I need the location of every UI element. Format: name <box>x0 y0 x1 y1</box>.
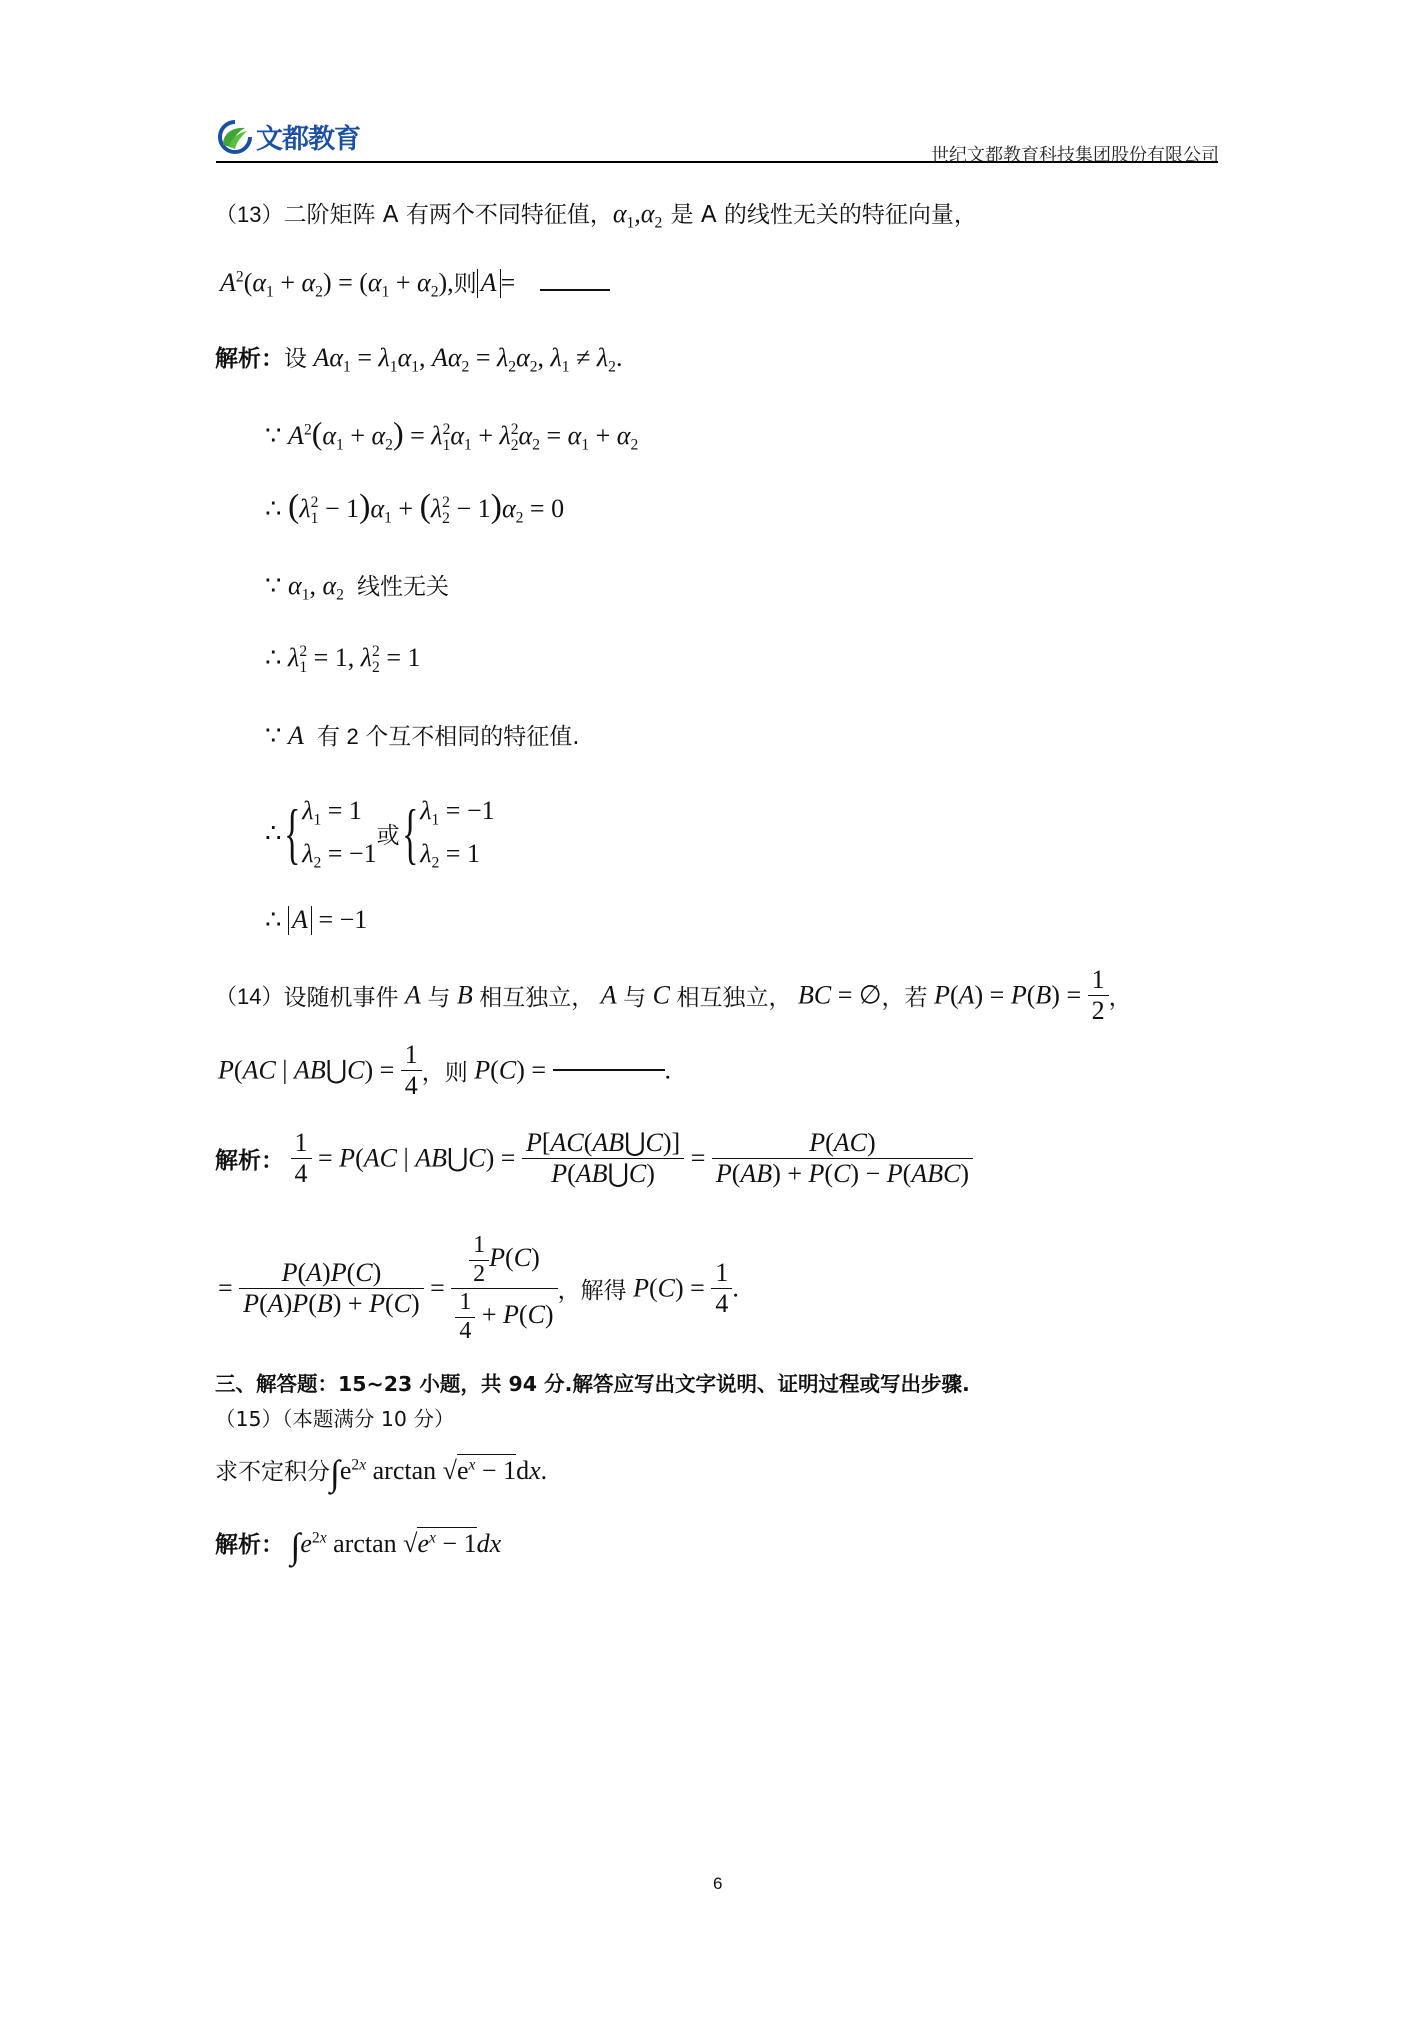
q13-solution-line8: ∴ A = −1 <box>265 905 367 935</box>
page-number: 6 <box>713 1874 722 1894</box>
solution-label: 解析： <box>215 1532 284 1558</box>
q13-solution-line6: ∵ A 有 2 个互不相同的特征值. <box>265 718 580 751</box>
section-3-heading: 三、解答题：15~23 小题，共 94 分.解答应写出文字说明、证明过程或写出步… <box>215 1367 970 1397</box>
header-logo: 文都教育 <box>217 117 360 156</box>
q15-stem: 求不定积分∫e2x arctan √ex − 1dx. <box>215 1452 547 1494</box>
q14-condition: P(AC | AB⋃C) = 14，则 P(C) = . <box>218 1040 671 1101</box>
q13-stem: （13）二阶矩阵 A 有两个不同特征值，α1,α2 是 A 的线性无关的特征向量… <box>215 196 977 232</box>
q13-condition: A2(α1 + α2) = (α1 + α2),则A= <box>220 265 610 301</box>
q13-answer-blank <box>540 289 610 291</box>
q13-solution-line3: ∴ (λ21 − 1)α1 + (λ22 − 1)α2 = 0 <box>265 488 564 527</box>
q13-solution-line4: ∵ α1, α2 线性无关 <box>265 568 449 604</box>
header-rule <box>216 161 1218 163</box>
q13-solution-line5: ∴ λ21 = 1, λ22 = 1 <box>265 643 421 676</box>
q14-answer-blank <box>553 1069 665 1071</box>
q13-solution-line1: 解析：设 Aα1 = λ1α1, Aα2 = λ2α2, λ1 ≠ λ2. <box>215 340 622 376</box>
company-name: 世纪文都教育科技集团股份有限公司 <box>931 141 1219 167</box>
q13-solution-line2: ∵ A2(α1 + α2) = λ21α1 + λ22α2 = α1 + α2 <box>265 415 638 454</box>
q14-solution-line2: = P(A)P(C)P(A)P(B) + P(C) = 12P(C)14 + P… <box>218 1232 739 1345</box>
q14-number: （14） <box>215 984 283 1009</box>
solution-label: 解析： <box>215 346 284 372</box>
solution-label: 解析： <box>215 1148 284 1174</box>
q15-label: （15）（本题满分 10 分） <box>215 1402 454 1432</box>
q14-solution-line1: 解析： 14 = P(AC | AB⋃C) = P[AC(AB⋃C)]P(AB⋃… <box>215 1128 973 1189</box>
q13-solution-line7: ∴{λ1 = 1λ2 = −1或{λ1 = −1λ2 = 1 <box>265 790 495 877</box>
q13-number: （13） <box>215 202 283 227</box>
logo-text: 文都教育 <box>256 117 360 156</box>
q15-solution: 解析： ∫e2x arctan √ex − 1dx <box>215 1525 501 1567</box>
q14-stem: （14）设随机事件 A 与 B 相互独立， A 与 C 相互独立， BC = ∅… <box>215 965 1132 1026</box>
logo-leaf-icon <box>217 119 253 155</box>
